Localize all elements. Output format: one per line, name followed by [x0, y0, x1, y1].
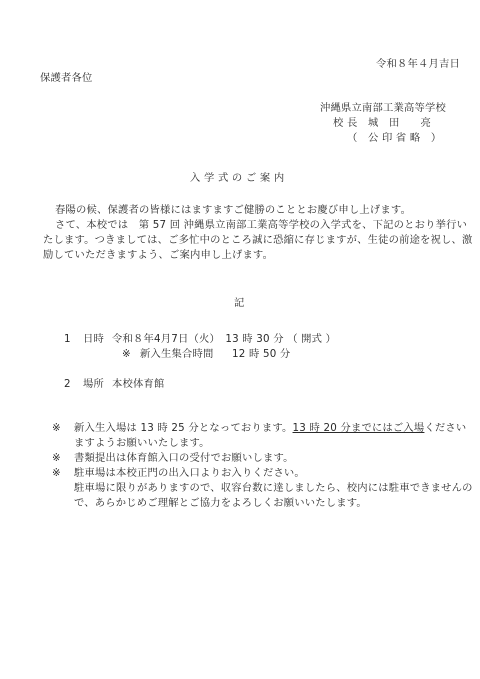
note-3: 駐車場は本校正門の出入口よりお入りください。 — [74, 466, 305, 480]
note-mark: ※ — [52, 451, 61, 465]
item-label: 日時 — [83, 332, 104, 346]
document-title: 入 学 式 の ご 案 内 — [190, 171, 284, 185]
note-1: 新入生入場は 13 時 25 分となっております。13 時 20 分までにはご入… — [74, 421, 466, 435]
note-1-continued: ますようお願いいたします。 — [74, 436, 210, 450]
note-1-underlined: 13 時 20 分までにはご入場 — [293, 422, 425, 434]
seal-note: （ 公 印 省 略 ） — [347, 131, 441, 145]
item-number: 1 — [64, 332, 71, 346]
item-number: 2 — [64, 377, 71, 391]
sub-value: 12 時 50 分 — [232, 347, 290, 361]
note-3-continued-1: 駐車場に限りがありますので、収容台数に達しましたら、校内には駐車できませんの — [74, 481, 473, 495]
ki-heading: 記 — [234, 296, 245, 310]
body-line-2: さて、本校では 第 57 回 沖縄県立南部工業高等学校の入学式を、下記のとおり挙… — [55, 218, 467, 232]
note-3-continued-2: で、あらかじめご理解とご協力をよろしくお願いいたします。 — [74, 496, 367, 510]
body-line-4: 励していただきますよう、ご案内申し上げます。 — [43, 248, 273, 262]
body-line-3: たします。つきましては、ご多忙中のところ誠に恐縮に存じますが、生徒の前途を祝し、… — [43, 233, 473, 247]
sender-name: 校 長 城 田 亮 — [333, 116, 431, 130]
note-mark: ※ — [52, 421, 61, 435]
date: 令和８年４月吉日 — [376, 57, 460, 71]
note-mark: ※ — [122, 347, 131, 361]
note-2: 書類提出は体育館入口の受付でお願いします。 — [74, 451, 294, 465]
sender-school: 沖縄県立南部工業高等学校 — [320, 101, 446, 115]
recipient: 保護者各位 — [40, 71, 92, 85]
item-value: 本校体育館 — [112, 377, 164, 391]
note-mark: ※ — [52, 466, 61, 480]
note-1-text-end: ください — [424, 422, 466, 434]
note-1-text: 新入生入場は 13 時 25 分となっております。 — [74, 422, 293, 434]
item-value: 令和８年4月7日（火） 13 時 30 分 （ 開式 ） — [112, 332, 336, 346]
body-line-1: 春陽の候、保護者の皆様にはますますご健勝のこととお慶び申し上げます。 — [55, 203, 411, 217]
sub-label: 新入生集合時間 — [140, 347, 213, 361]
document-page: 令和８年４月吉日 保護者各位 沖縄県立南部工業高等学校 校 長 城 田 亮 （ … — [0, 0, 480, 679]
item-label: 場所 — [83, 377, 104, 391]
